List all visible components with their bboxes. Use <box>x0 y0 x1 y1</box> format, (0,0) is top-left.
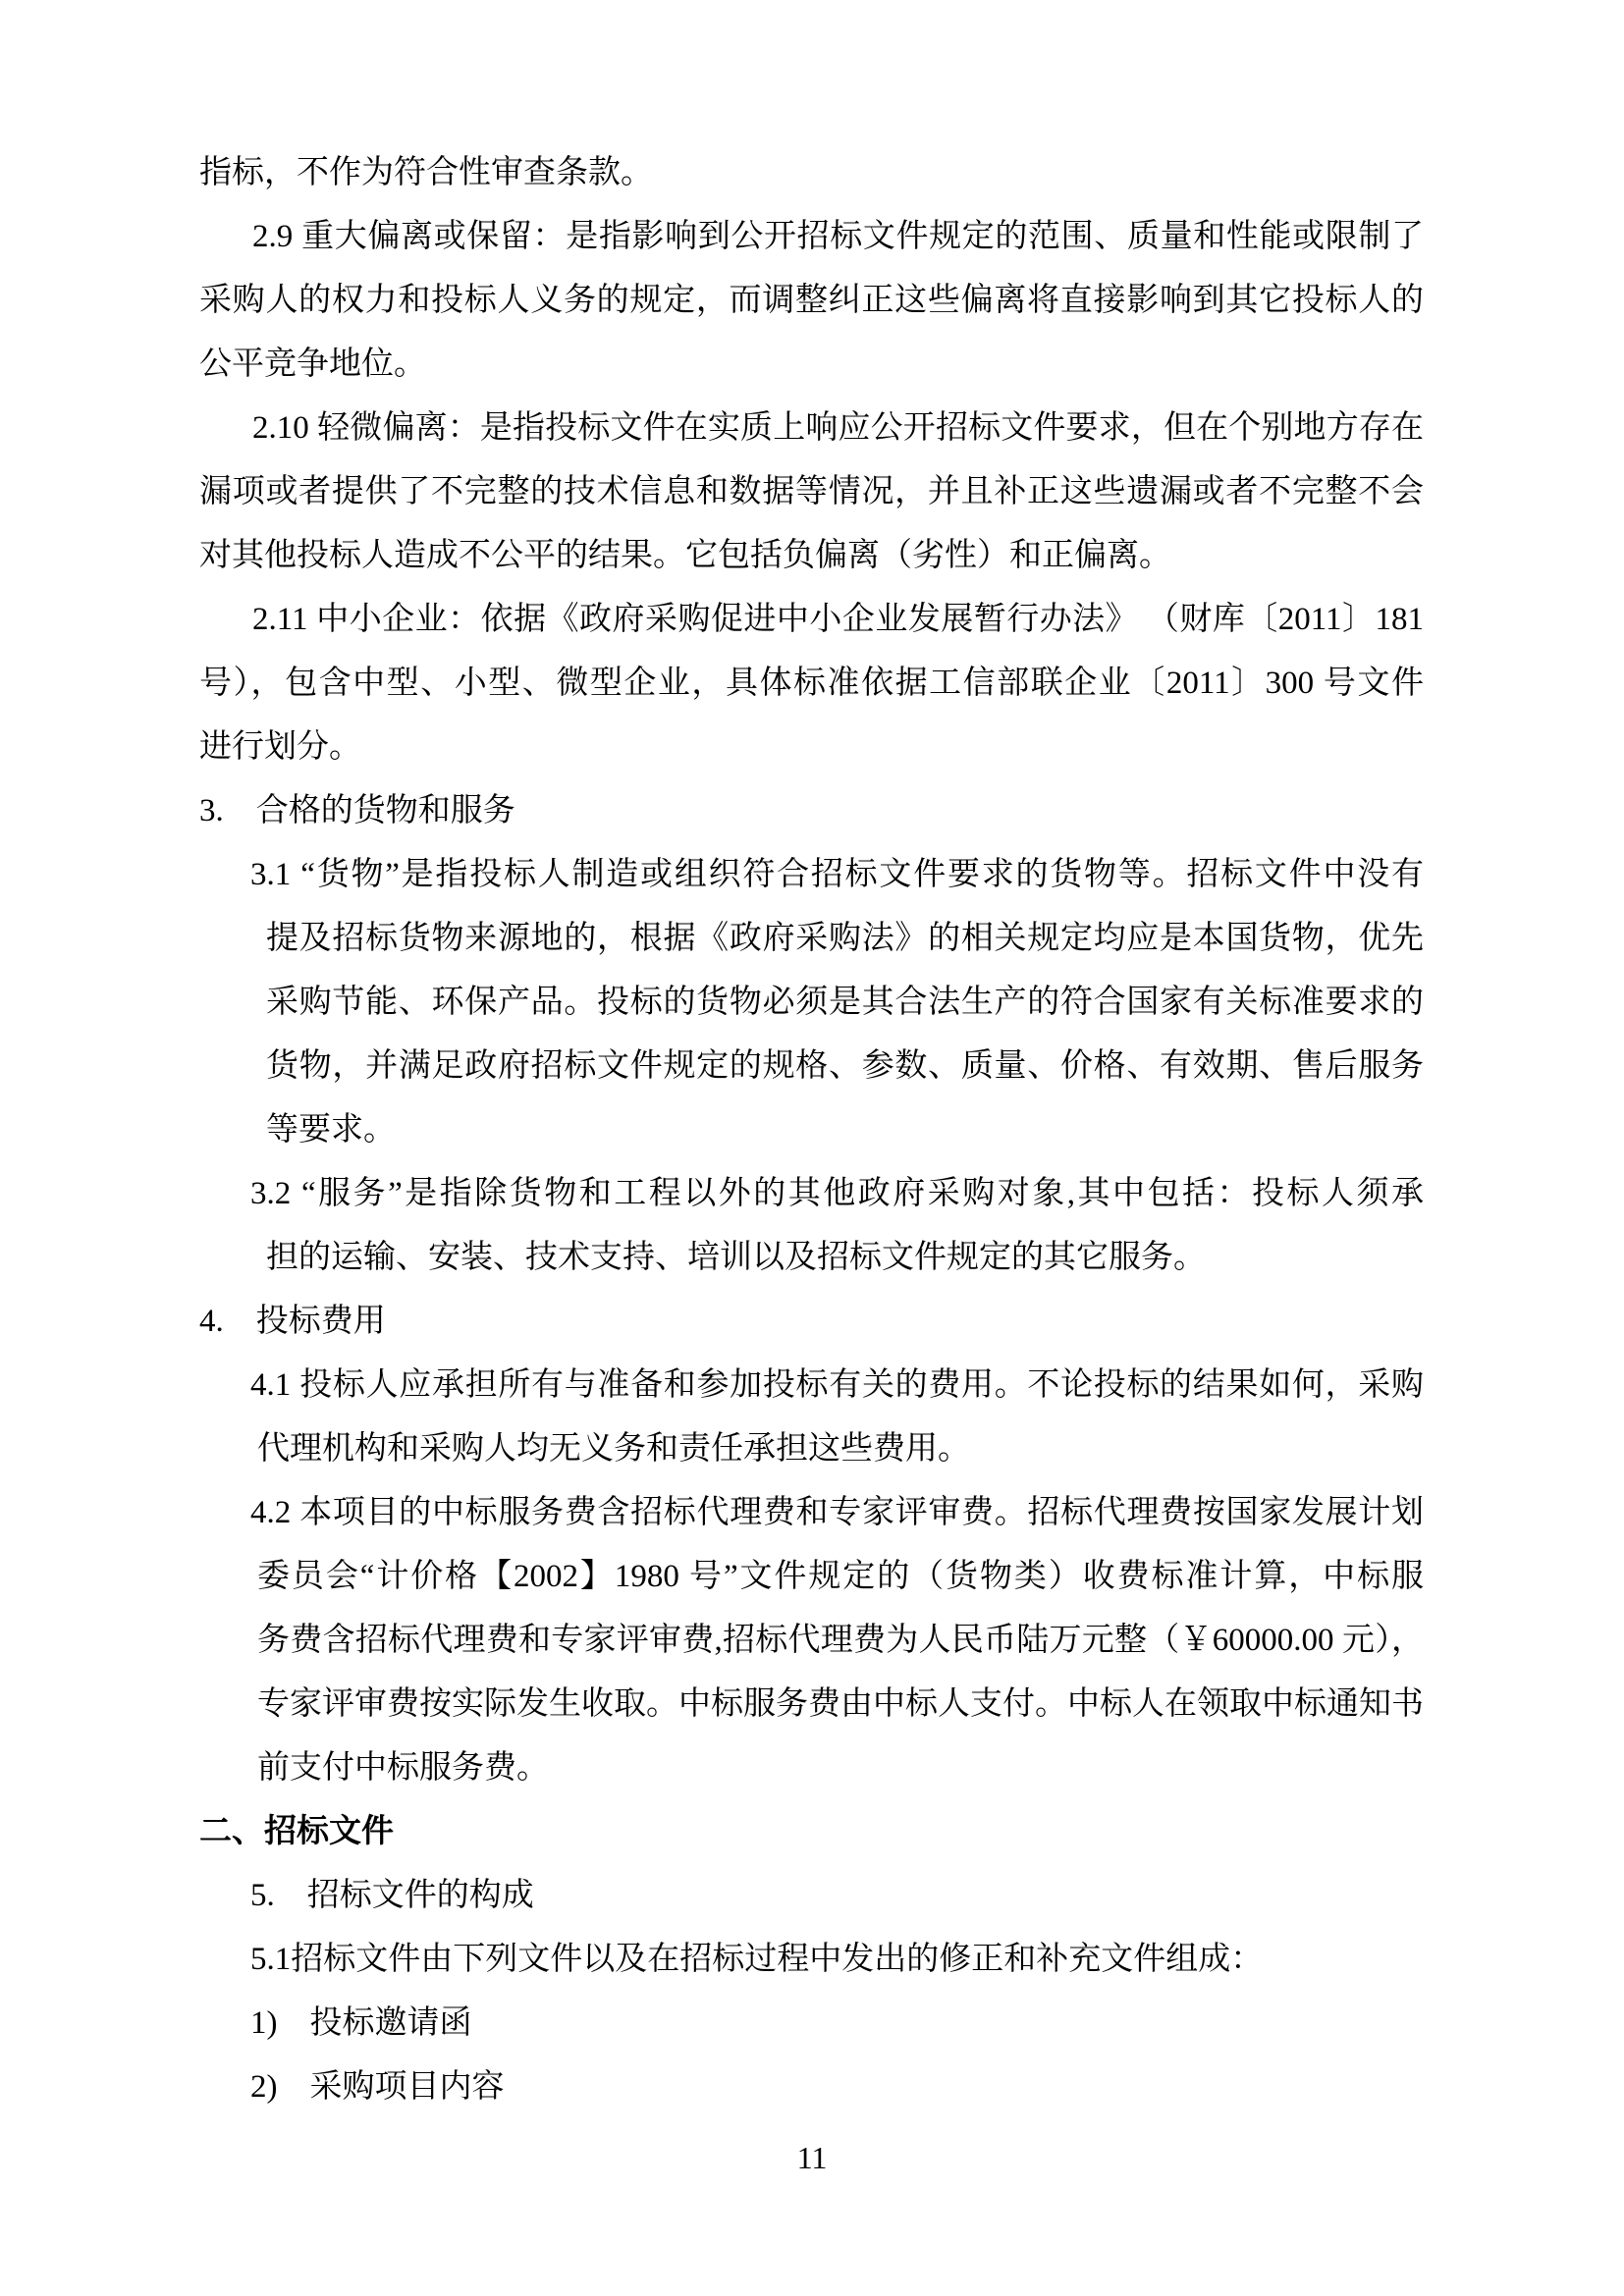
text-line: 进行划分。 <box>199 716 1424 779</box>
text-line: 等要求。 <box>199 1098 1424 1162</box>
text-line: 2.10 轻微偏离：是指投标文件在实质上响应公开招标文件要求，但在个别地方存在 <box>199 397 1424 460</box>
text-line: 专家评审费按实际发生收取。中标服务费由中标人支付。中标人在领取中标通知书 <box>199 1673 1424 1736</box>
text-line: 2.11 中小企业：依据《政府采购促进中小企业发展暂行办法》 （财库〔2011〕… <box>199 588 1424 652</box>
text-line: 对其他投标人造成不公平的结果。它包括负偏离（劣性）和正偏离。 <box>199 524 1424 588</box>
text-line: 采购人的权力和投标人义务的规定，而调整纠正这些偏离将直接影响到其它投标人的 <box>199 269 1424 333</box>
text-line: 公平竞争地位。 <box>199 333 1424 397</box>
document-page: 指标，不作为符合性审查条款。 2.9 重大偏离或保留：是指影响到公开招标文件规定… <box>0 0 1624 2296</box>
text-line: 漏项或者提供了不完整的技术信息和数据等情况，并且补正这些遗漏或者不完整不会 <box>199 460 1424 524</box>
section-heading: 二、招标文件 <box>199 1800 1424 1864</box>
text-line: 3.2 “服务”是指除货物和工程以外的其他政府采购对象,其中包括：投标人须承 <box>199 1162 1424 1226</box>
list-item-heading: 4. 投标费用 <box>199 1290 1424 1354</box>
text-line: 4.2 本项目的中标服务费含招标代理费和专家评审费。招标代理费按国家发展计划 <box>199 1481 1424 1545</box>
text-line: 3.1 “货物”是指投标人制造或组织符合招标文件要求的货物等。招标文件中没有 <box>199 843 1424 907</box>
text-line: 指标，不作为符合性审查条款。 <box>199 141 1424 205</box>
page-number: 11 <box>0 2138 1624 2177</box>
text-line: 货物，并满足政府招标文件规定的规格、参数、质量、价格、有效期、售后服务 <box>199 1035 1424 1098</box>
list-item: 1) 投标邀请函 <box>199 1992 1424 2056</box>
text-line: 2.9 重大偏离或保留：是指影响到公开招标文件规定的范围、质量和性能或限制了 <box>199 205 1424 269</box>
text-line: 前支付中标服务费。 <box>199 1736 1424 1800</box>
list-item-heading: 3. 合格的货物和服务 <box>199 779 1424 843</box>
page-body-text: 指标，不作为符合性审查条款。 2.9 重大偏离或保留：是指影响到公开招标文件规定… <box>199 141 1424 2119</box>
text-line: 5.1招标文件由下列文件以及在招标过程中发出的修正和补充文件组成： <box>199 1928 1424 1992</box>
text-line: 采购节能、环保产品。投标的货物必须是其合法生产的符合国家有关标准要求的 <box>199 971 1424 1035</box>
text-line: 4.1 投标人应承担所有与准备和参加投标有关的费用。不论投标的结果如何，采购 <box>199 1354 1424 1417</box>
text-line: 提及招标货物来源地的，根据《政府采购法》的相关规定均应是本国货物，优先 <box>199 907 1424 971</box>
text-line: 担的运输、安装、技术支持、培训以及招标文件规定的其它服务。 <box>199 1226 1424 1290</box>
text-line: 务费含招标代理费和专家评审费,招标代理费为人民币陆万元整（￥60000.00 元… <box>199 1609 1424 1673</box>
text-line: 代理机构和采购人均无义务和责任承担这些费用。 <box>199 1417 1424 1481</box>
list-item: 2) 采购项目内容 <box>199 2056 1424 2119</box>
text-line: 委员会“计价格【2002】1980 号”文件规定的（货物类）收费标准计算，中标服 <box>199 1545 1424 1609</box>
text-line: 号），包含中型、小型、微型企业，具体标准依据工信部联企业〔2011〕300 号文… <box>199 652 1424 716</box>
list-item-heading: 5. 招标文件的构成 <box>199 1864 1424 1928</box>
